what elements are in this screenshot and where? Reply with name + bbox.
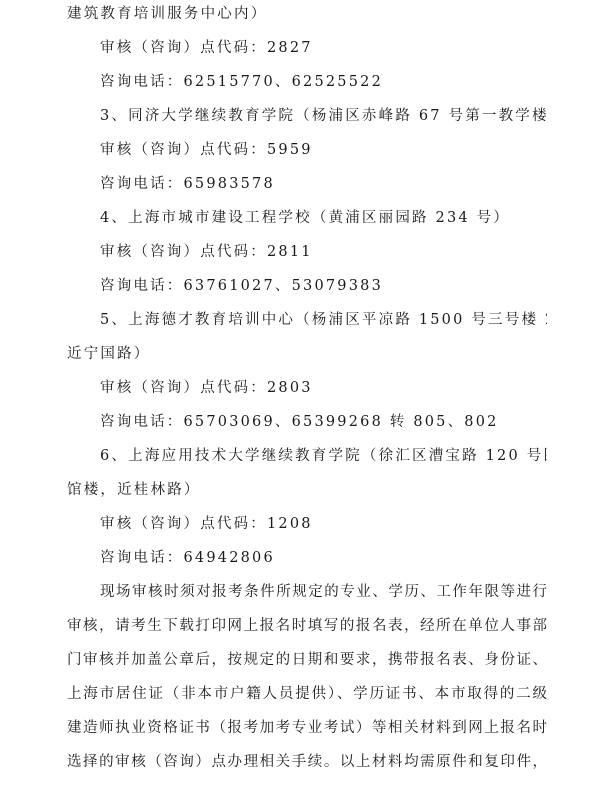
review-point-code: 审核（咨询）点代码：5959 — [100, 138, 547, 162]
paragraph-line: 门审核并加盖公章后，按规定的日期和要求，携带报名表、身份证、 — [67, 648, 547, 672]
consult-phone: 咨询电话：65983578 — [100, 172, 547, 196]
review-point-code: 审核（咨询）点代码：2811 — [100, 240, 547, 264]
paragraph-line: 选择的审核（咨询）点办理相关手续。以上材料均需原件和复印件， — [67, 750, 547, 774]
consult-phone: 咨询电话：65703069、65399268 转 805、802 — [100, 410, 547, 434]
review-point-heading-continuation: 馆楼，近桂林路） — [67, 478, 547, 502]
review-point-heading: 3、同济大学继续教育学院（杨浦区赤峰路 67 号第一教学楼附楼） — [100, 104, 547, 128]
consult-phone: 咨询电话：64942806 — [100, 546, 547, 570]
review-point-code: 审核（咨询）点代码：2803 — [100, 376, 547, 400]
paragraph-line: 建造师执业资格证书（报考加考专业考试）等相关材料到网上报名时 — [67, 716, 547, 740]
document-page: 建筑教育培训服务中心内） 审核（咨询）点代码：2827 咨询电话：6251577… — [0, 0, 600, 795]
paragraph-line: 现场审核时须对报考条件所规定的专业、学历、工作年限等进行 — [100, 580, 547, 604]
review-point-heading: 5、上海德才教育培训中心（杨浦区平凉路 1500 号三号楼 216 室， — [100, 308, 547, 332]
paragraph-line: 上海市居住证（非本市户籍人员提供）、学历证书、本市取得的二级 — [67, 682, 547, 706]
text-line-continuation: 建筑教育培训服务中心内） — [67, 2, 547, 26]
review-point-heading-continuation: 近宁国路） — [67, 342, 547, 366]
review-point-code: 审核（咨询）点代码：1208 — [100, 512, 547, 536]
review-point-heading: 6、上海应用技术大学继续教育学院（徐汇区漕宝路 120 号图书 — [100, 444, 547, 468]
review-point-code: 审核（咨询）点代码：2827 — [100, 36, 547, 60]
paragraph-line: 审核，请考生下载打印网上报名时填写的报名表，经所在单位人事部 — [67, 614, 547, 638]
consult-phone: 咨询电话：62515770、62525522 — [100, 70, 547, 94]
review-point-heading: 4、上海市城市建设工程学校（黄浦区丽园路 234 号） — [100, 206, 547, 230]
consult-phone: 咨询电话：63761027、53079383 — [100, 274, 547, 298]
